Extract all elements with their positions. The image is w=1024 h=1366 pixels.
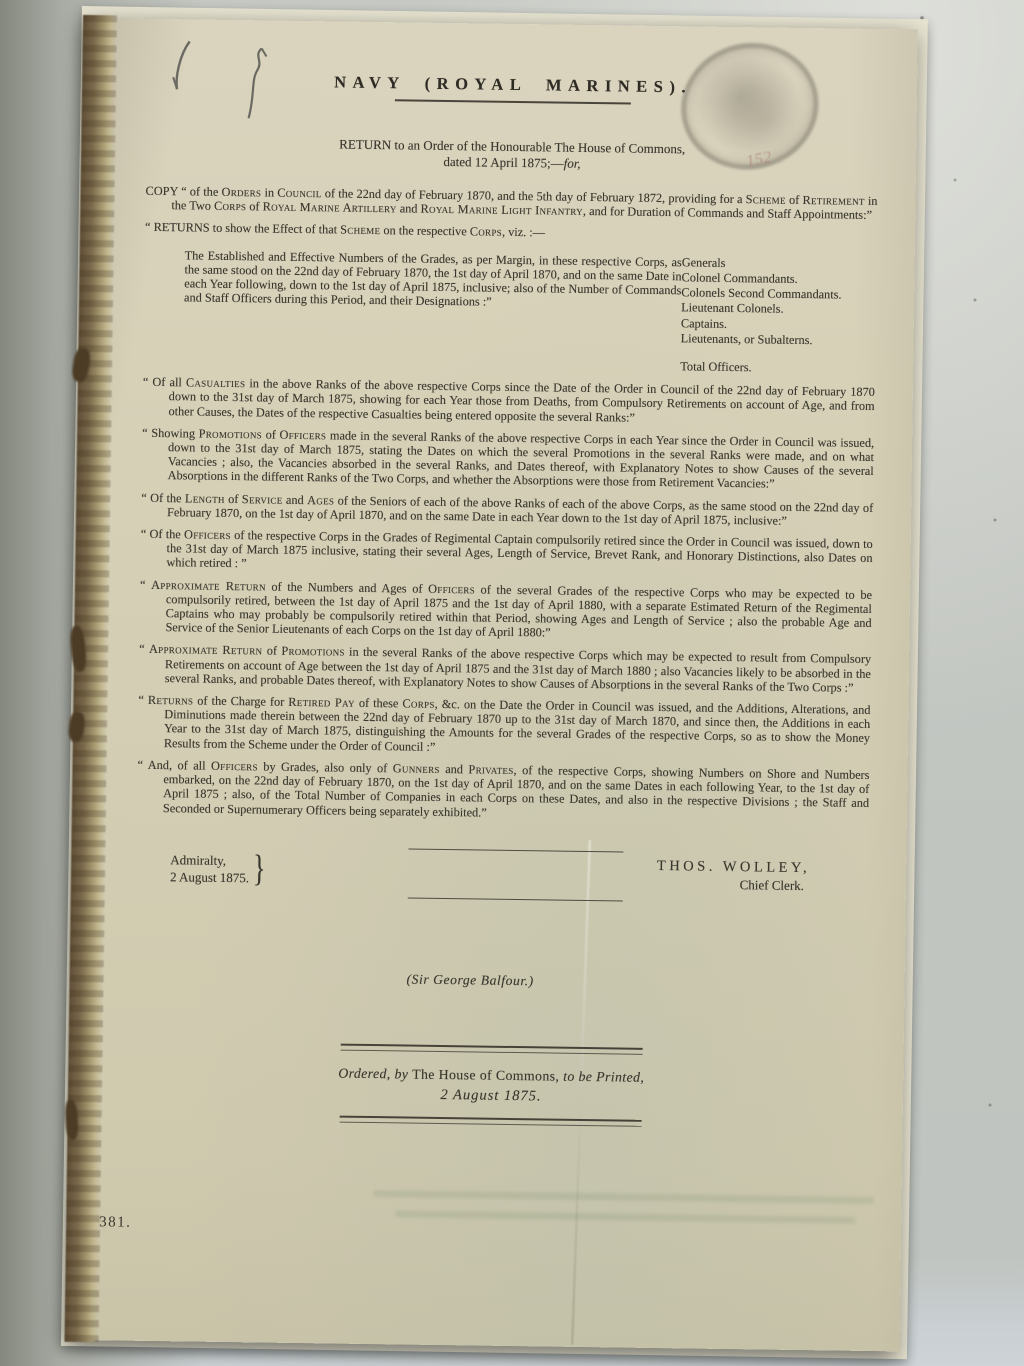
order-rule-bottom [340,1116,642,1127]
return-heading-line1: RETURN to an Order of the Honourable The… [339,137,685,157]
signature-brace: } [253,860,266,879]
paragraph-approximate-ages: “ Approximate Return of the Numbers and … [139,577,872,644]
signature-name-block: THOS. WOLLEY, Chief Clerk. [657,858,811,893]
signature-date: 2 August 1875. [170,868,249,886]
paper-number: 381. [99,1214,131,1231]
return-heading: RETURN to an Order of the Honourable The… [146,134,878,176]
established-numbers-row: The Established and Effective Numbers of… [143,248,877,378]
paragraph-promotions: “ Showing Promotions of Officers made in… [142,426,875,493]
signature-place: Admiralty, [170,851,249,869]
margin-rank-list: Generals Colonel Commandants. Colonels S… [680,255,877,377]
paragraph-retired-pay: “ Returns of the Charge for Retired Pay … [138,693,871,760]
margin-rank-item: Lieutenants, or Subalterns. [681,331,876,349]
signature-block: Admiralty, 2 August 1875. } THOS. WOLLEY… [136,850,868,894]
document-content: NAVY (ROYAL MARINES). RETURN to an Order… [133,59,880,1130]
title-rule [395,99,631,104]
paragraph-regimental-captains: “ Of the Officers of the respective Corp… [140,527,873,580]
signature-rule-bottom [408,897,623,901]
paragraph-length-of-service: “ Of the Length of Service and Ages of t… [141,490,873,529]
order-line1: Ordered, by The House of Commons, to be … [301,1066,681,1086]
document-page: 152 NAVY (ROYAL MARINES). RETURN to an O… [72,18,918,1351]
signature-place-date: Admiralty, 2 August 1875. } [170,851,268,886]
presenter-name: (Sir George Balfour.) [407,972,867,993]
ink-bleed-through [374,1190,874,1204]
signature-role: Chief Clerk. [657,877,804,893]
returns-line: “ RETURNS to show the Effect of that Sch… [145,219,877,243]
ink-bleed-through [395,1210,855,1223]
document-title: NAVY (ROYAL MARINES). [147,71,879,99]
order-to-print-block: Ordered, by The House of Commons, to be … [301,1043,682,1128]
margin-total-officers: Total Officers. [680,359,875,377]
return-heading-line2: dated 12 April 1875;—for, [443,154,580,171]
signature-rule-top [408,848,623,852]
photo-background: 152 NAVY (ROYAL MARINES). RETURN to an O… [0,0,1024,1366]
order-rule-top [341,1044,643,1055]
paragraph-embarked-numbers: “ And, of all Officers by Grades, also o… [137,758,870,825]
copy-paragraph: COPY “ of the Orders in Council of the 2… [145,184,877,223]
paragraph-approximate-promotions: “ Approximate Return of Promotions in th… [139,642,872,695]
signature-name: THOS. WOLLEY, [657,858,810,874]
order-line2: 2 August 1875. [301,1086,681,1106]
established-paragraph: The Established and Effective Numbers of… [183,248,682,374]
paragraph-casualties: “ Of all Casualties in the above Ranks o… [142,375,875,428]
